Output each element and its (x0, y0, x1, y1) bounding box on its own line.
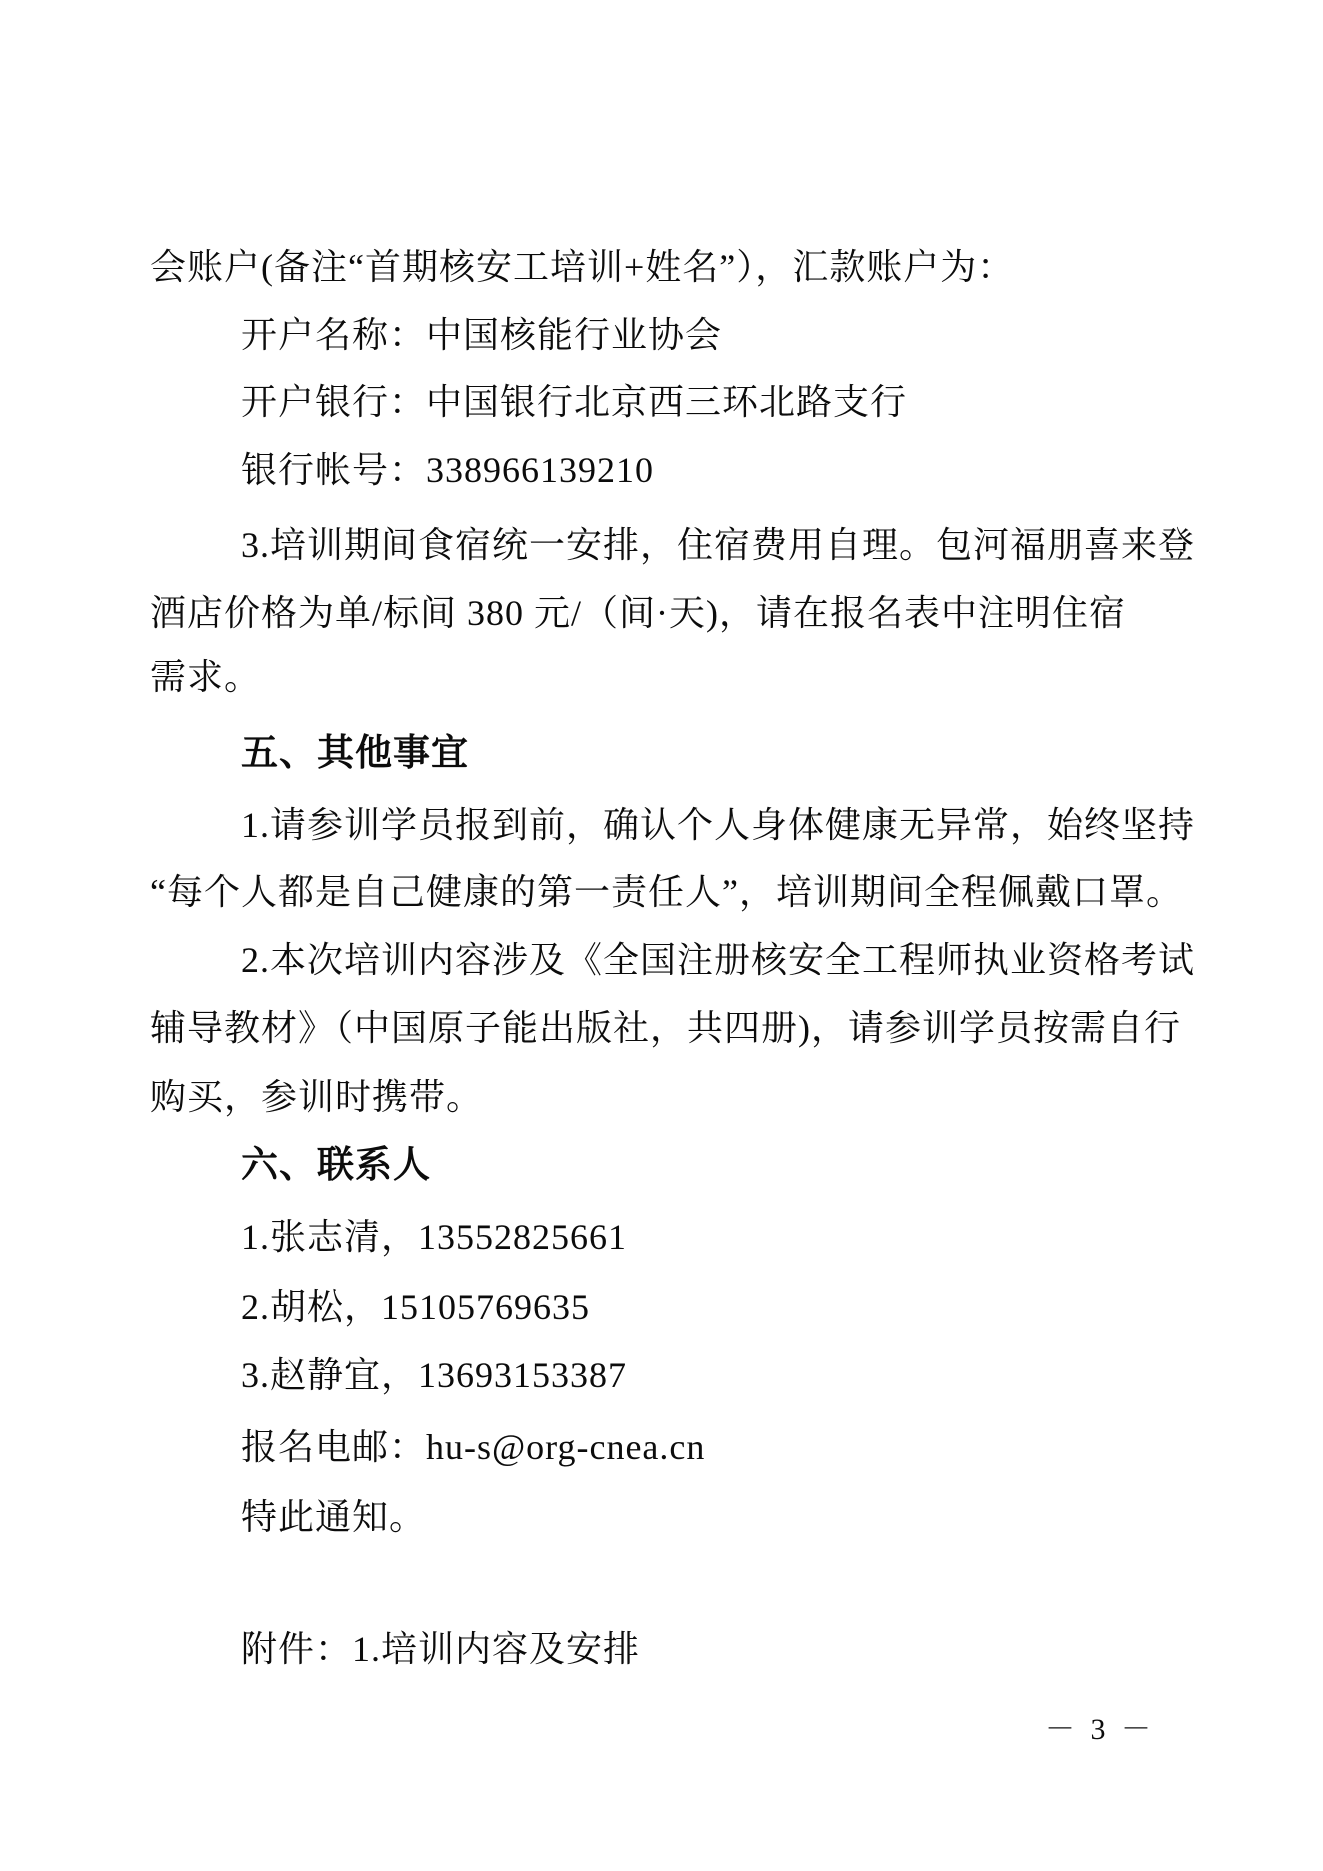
line-contact-3: 3.赵静宜，13693153387 (241, 1351, 1210, 1399)
line-remit-account: 会账户(备注“首期核安工培训+姓名”），汇款账户为： (150, 243, 1210, 291)
line-textbook-1: 2.本次培训内容涉及《全国注册核安全工程师执业资格考试 (241, 936, 1210, 984)
line-health-2: “每个人都是自己健康的第一责任人”，培训期间全程佩戴口罩。 (150, 868, 1210, 916)
page-number: － 3 － (1045, 1708, 1155, 1752)
heading-section-five: 五、其他事宜 (241, 729, 1210, 777)
document-page: 会账户(备注“首期核安工培训+姓名”），汇款账户为： 开户名称：中国核能行业协会… (0, 0, 1323, 1871)
line-health-1: 1.请参训学员报到前，确认个人身体健康无异常，始终坚持 (241, 801, 1210, 849)
line-account-number: 银行帐号：338966139210 (241, 446, 1210, 494)
line-account-name: 开户名称：中国核能行业协会 (241, 311, 1210, 359)
line-lodging-3: 需求。 (150, 653, 1210, 701)
line-lodging-1: 3.培训期间食宿统一安排，住宿费用自理。包河福朋喜来登 (241, 521, 1210, 569)
line-contact-1: 1.张志清，13552825661 (241, 1213, 1210, 1261)
line-contact-2: 2.胡松，15105769635 (241, 1283, 1210, 1331)
line-textbook-2: 辅导教材》（中国原子能出版社，共四册)，请参训学员按需自行 (150, 1004, 1210, 1052)
line-lodging-2: 酒店价格为单/标间 380 元/（间·天)，请在报名表中注明住宿 (150, 589, 1210, 637)
line-attachment: 附件：1.培训内容及安排 (241, 1625, 1210, 1673)
line-bank-name: 开户银行：中国银行北京西三环北路支行 (241, 378, 1210, 426)
heading-section-six: 六、联系人 (241, 1141, 1210, 1189)
line-notice-closing: 特此通知。 (241, 1493, 1210, 1541)
line-signup-email: 报名电邮：hu-s@org-cnea.cn (241, 1423, 1210, 1471)
line-textbook-3: 购买，参训时携带。 (150, 1073, 1210, 1121)
